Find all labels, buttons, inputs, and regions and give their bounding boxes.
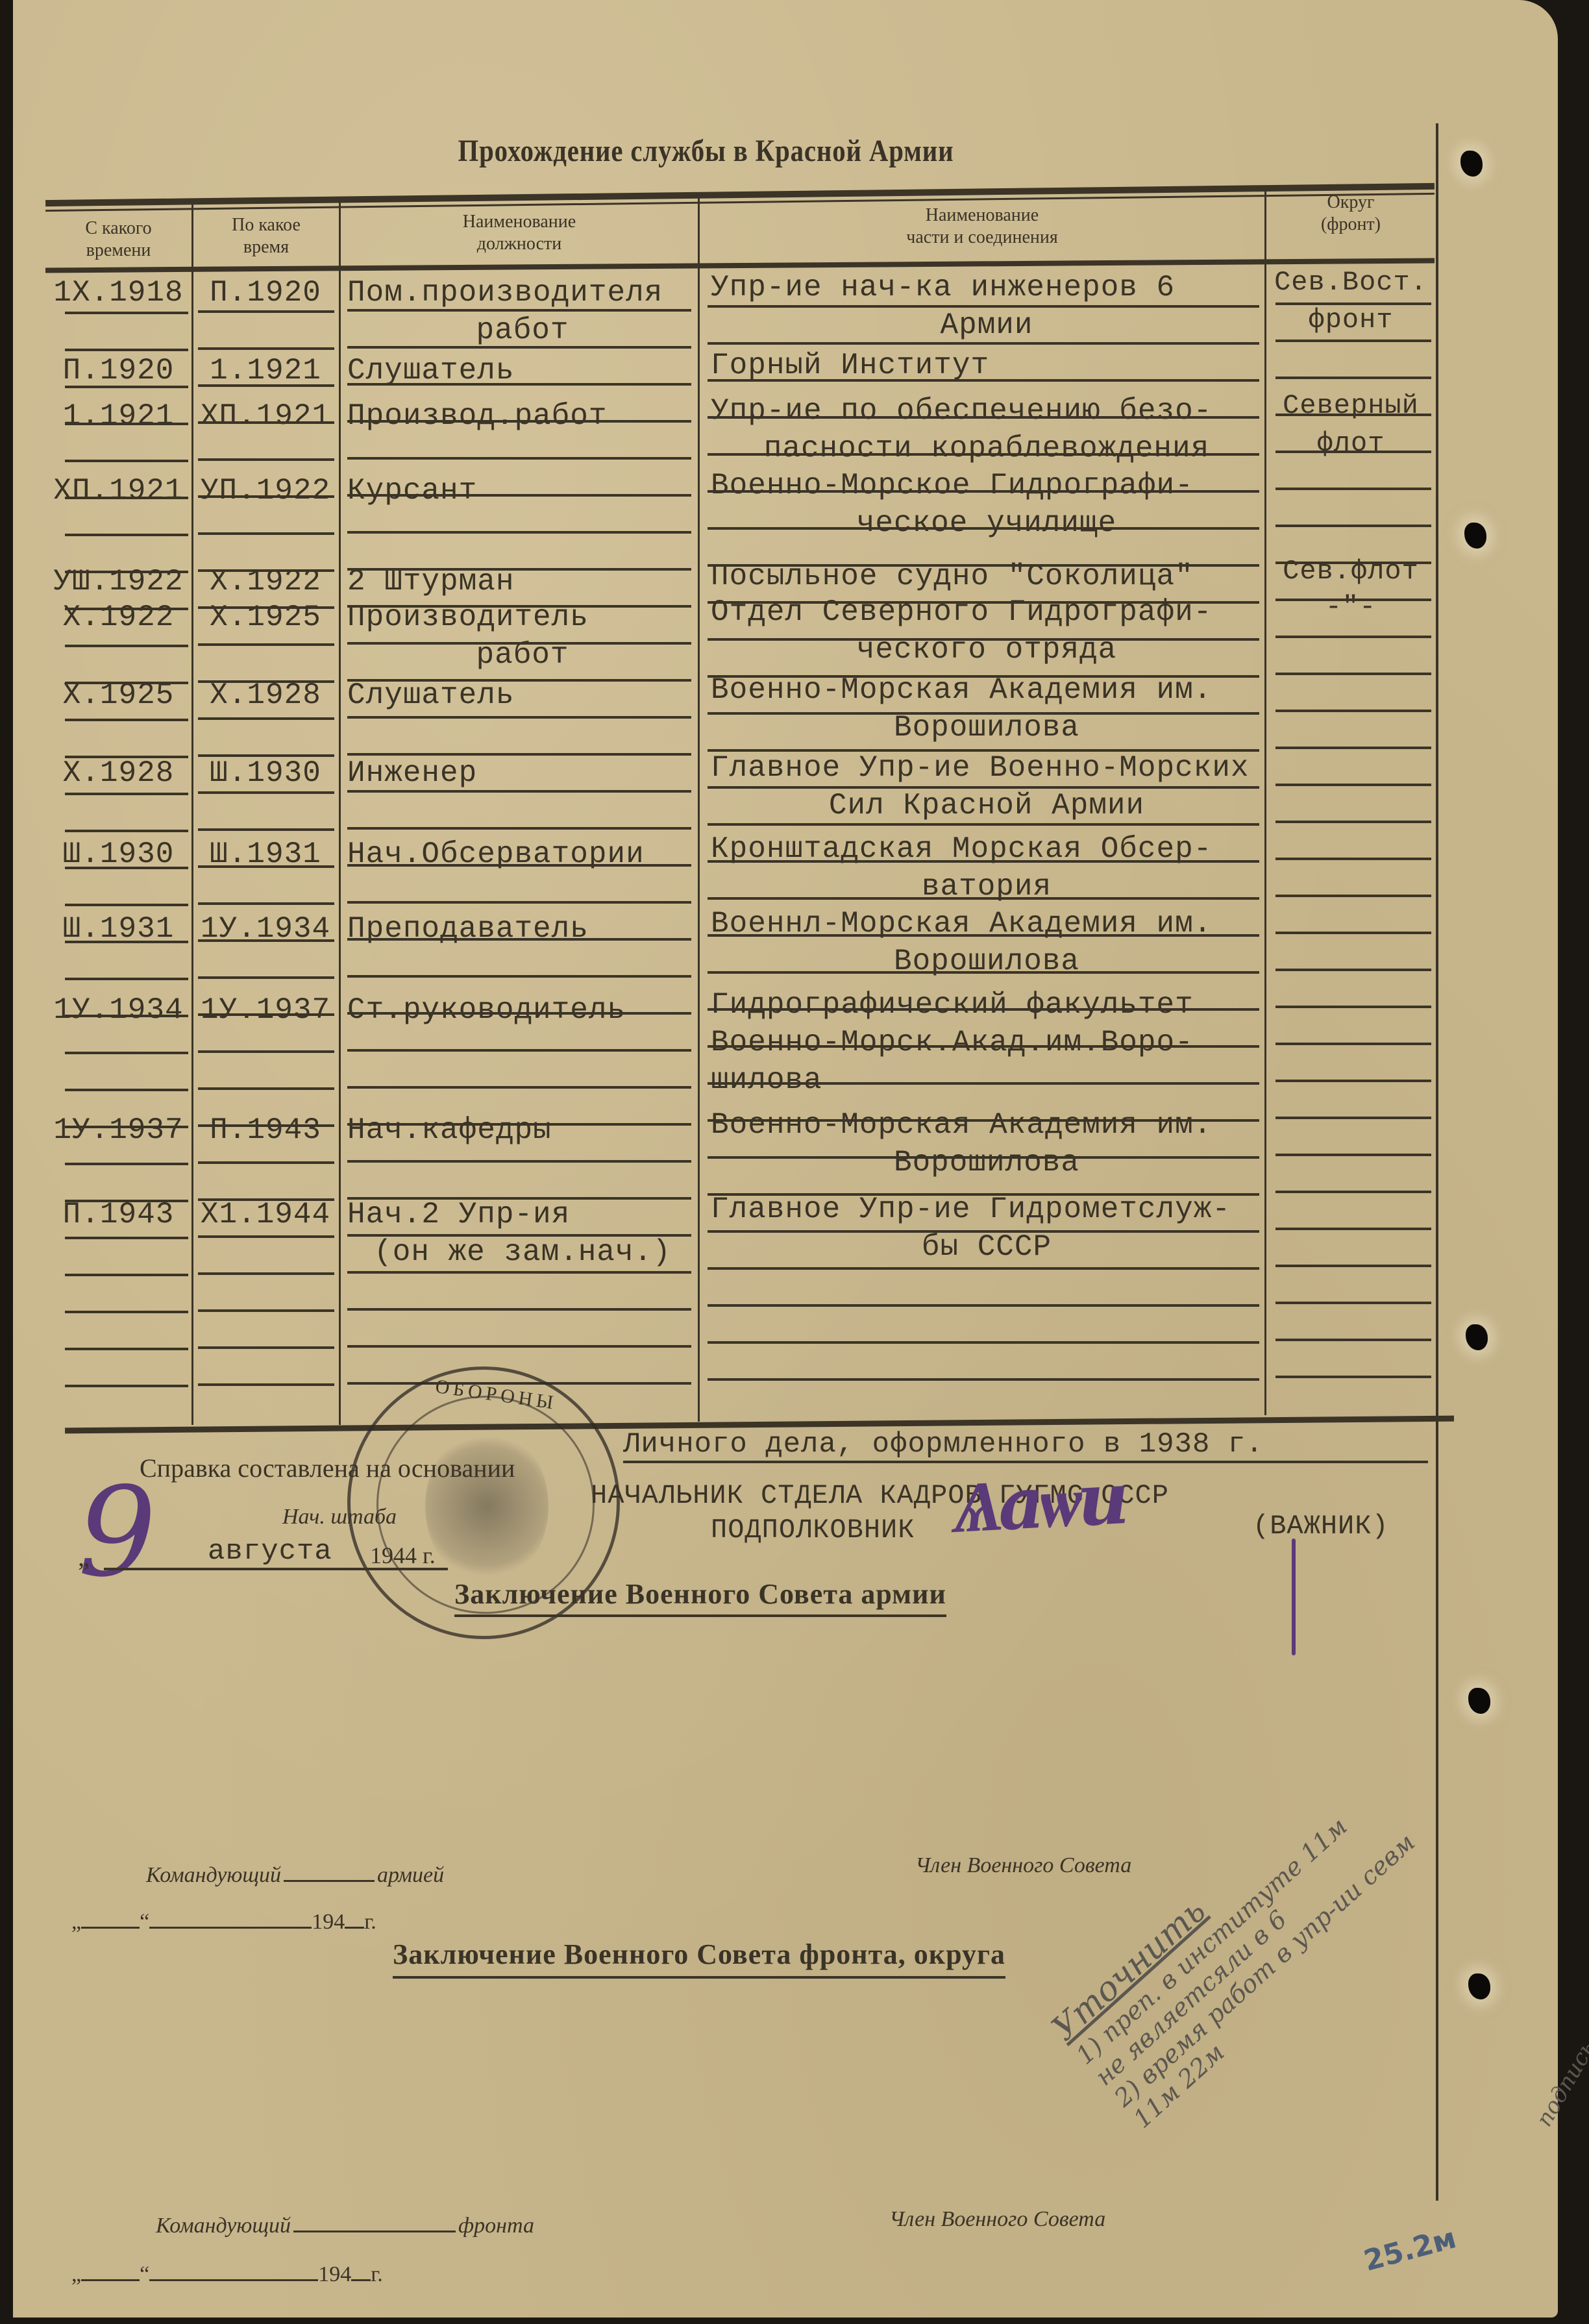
- army-date-template: „“194г.: [71, 1910, 376, 1935]
- ruled-line: [1275, 969, 1431, 971]
- column-header-position: Наименованиедолжности: [341, 211, 698, 255]
- cell-position: Нач.кафедры: [347, 1113, 698, 1147]
- ruled-line: [708, 564, 1259, 567]
- cell-position: Слушатель: [347, 678, 698, 712]
- ruled-line: [347, 1160, 691, 1163]
- cell-position: Инженер: [347, 756, 698, 790]
- front-date-template: „“194г.: [71, 2262, 383, 2287]
- cell-position: Курсант: [347, 474, 698, 508]
- signature-stroke: [1292, 1539, 1296, 1655]
- ruled-line: [198, 495, 334, 498]
- ruled-line: [347, 716, 691, 719]
- ruled-line: [347, 1308, 691, 1311]
- ruled-line: [347, 605, 691, 608]
- ruled-line: [1275, 488, 1431, 490]
- ruled-line: [1275, 1154, 1431, 1156]
- ruled-line: [708, 1082, 1259, 1085]
- column-header-district: Округ(фронт): [1266, 192, 1435, 236]
- ruled-line: [347, 901, 691, 904]
- ruled-line: [708, 1341, 1259, 1344]
- ruled-line: [1275, 636, 1431, 638]
- ruled-line: [708, 823, 1259, 826]
- ruled-line: [708, 305, 1259, 308]
- cell-unit-cont: пасности кораблевождения: [711, 432, 1263, 465]
- ruled-line: [65, 793, 188, 795]
- ruled-line: [65, 1089, 188, 1091]
- ruled-line: [708, 934, 1259, 937]
- ruled-line: [708, 453, 1259, 456]
- ruled-line: [347, 494, 691, 497]
- date-quote: „: [78, 1542, 90, 1572]
- signer-rank: ПОДПОЛКОВНИК: [711, 1514, 915, 1546]
- cell-position: Ст.руководитель: [347, 993, 698, 1027]
- ruled-line: [198, 532, 334, 535]
- ruled-line: [347, 753, 691, 756]
- ruled-line: [708, 342, 1259, 345]
- ruled-line: [198, 865, 334, 868]
- page-title: Прохождение службы в Красной Армии: [402, 133, 1009, 169]
- ruled-line: [65, 608, 188, 610]
- cell-from: XП.1921: [45, 474, 191, 508]
- ruled-line: [198, 1198, 334, 1201]
- ruled-line: [708, 1045, 1259, 1048]
- army-council-member-label: Член Военного Совета: [915, 1853, 1131, 1878]
- cell-position-cont: (он же зам.нач.): [347, 1235, 698, 1269]
- ruled-line: [1275, 821, 1431, 823]
- column-header-unit: Наименованиечасти и соединения: [700, 204, 1264, 249]
- ruled-line: [347, 1197, 691, 1200]
- ruled-line: [1275, 1191, 1431, 1193]
- ruled-line: [198, 1013, 334, 1016]
- cell-to: 1.1921: [192, 354, 339, 388]
- ruled-line: [1275, 858, 1431, 860]
- ruled-line: [65, 1274, 188, 1276]
- ruled-line: [198, 421, 334, 424]
- date-year: 1944 г.: [370, 1542, 436, 1569]
- cell-to: П.1920: [192, 276, 339, 310]
- ruled-line: [347, 1086, 691, 1089]
- ruled-line: [1275, 895, 1431, 897]
- ruled-line: [198, 1383, 334, 1386]
- ruled-line: [347, 864, 691, 867]
- ruled-line: [708, 786, 1259, 789]
- cell-to: XП.1921: [192, 399, 339, 433]
- ruled-line: [347, 975, 691, 978]
- ruled-line: [347, 1234, 691, 1237]
- cell-position: Производ.работ: [347, 399, 698, 433]
- cell-district-cont: фронт: [1266, 304, 1436, 336]
- cell-unit-cont: Ворошилова: [711, 1146, 1263, 1180]
- ruled-line: [65, 1052, 188, 1054]
- ruled-line: [65, 386, 188, 388]
- ruled-line: [1275, 673, 1431, 675]
- cell-unit: Гидрографический факультет: [711, 988, 1194, 1022]
- cell-position: Преподаватель: [347, 912, 698, 946]
- ruled-line: [65, 978, 188, 980]
- ruled-line: [65, 1311, 188, 1313]
- cell-unit-cont: Военно-Морск.Акад.им.Воро-: [711, 1026, 1263, 1059]
- ruled-line: [198, 939, 334, 942]
- ruled-line: [65, 941, 188, 943]
- column-divider: [698, 195, 700, 1422]
- ruled-line: [198, 1087, 334, 1090]
- column-divider: [191, 204, 193, 1425]
- ruled-line: [65, 349, 188, 351]
- ruled-line: [65, 497, 188, 499]
- column-header-to: По какоевремя: [193, 214, 339, 258]
- ruled-line: [65, 682, 188, 684]
- cell-unit: Военно-Морское Гидрографи-: [711, 469, 1194, 502]
- ruled-line: [65, 1126, 188, 1128]
- cell-unit-cont: шилова: [711, 1063, 822, 1097]
- column-divider: [339, 201, 341, 1425]
- cell-district-cont: флот: [1266, 428, 1436, 459]
- ruled-line: [198, 1235, 334, 1238]
- cell-from: 1X.1918: [45, 276, 191, 310]
- ruled-line: [1275, 451, 1431, 453]
- cell-position-cont: работ: [347, 314, 698, 347]
- ruled-line: [65, 571, 188, 573]
- ruled-line: [347, 309, 691, 312]
- ruled-line: [347, 420, 691, 423]
- ruled-line: [347, 568, 691, 571]
- cell-unit: Главное Упр-ие Гидрометслуж-: [711, 1193, 1231, 1226]
- ruled-line: [708, 1378, 1259, 1381]
- cell-position: Нач.2 Упр-ия: [347, 1198, 698, 1231]
- army-council-heading: Заключение Военного Совета армии: [454, 1577, 946, 1617]
- ruled-line: [708, 527, 1259, 530]
- column-divider: [1264, 188, 1266, 1415]
- cell-unit: Военно-Морская Академия им.: [711, 1108, 1212, 1142]
- ruled-line: [708, 1119, 1259, 1122]
- ruled-line: [1275, 303, 1431, 305]
- ruled-line: [65, 830, 188, 832]
- front-council-member-label: Член Военного Совета: [889, 2207, 1105, 2232]
- ruled-line: [198, 1346, 334, 1349]
- cell-unit: Главное Упр-ие Военно-Морских: [711, 751, 1250, 785]
- cell-unit-cont: ческое училище: [711, 506, 1263, 540]
- signer-name: (ВАЖНИК): [1253, 1511, 1389, 1542]
- cell-from: 1.1921: [45, 399, 191, 433]
- cell-unit-cont: Ворошилова: [711, 711, 1263, 745]
- ruled-line: [1275, 1339, 1431, 1341]
- ruled-line: [65, 719, 188, 721]
- ruled-line: [65, 645, 188, 647]
- ruled-line: [65, 1163, 188, 1165]
- ruled-line: [198, 976, 334, 979]
- ruled-line: [1275, 562, 1431, 564]
- ruled-line: [198, 902, 334, 905]
- cell-district: Северный: [1266, 390, 1436, 421]
- ruled-line: [347, 1345, 691, 1348]
- ruled-line: [65, 904, 188, 906]
- ruled-line: [708, 1156, 1259, 1159]
- ruled-line: [708, 712, 1259, 715]
- basis-label: Справка составлена на основании: [140, 1453, 515, 1483]
- ruled-line: [347, 679, 691, 682]
- ruled-line: [1275, 525, 1431, 527]
- ruled-line: [65, 1200, 188, 1202]
- ruled-line: [65, 1385, 188, 1387]
- ruled-line: [198, 1309, 334, 1312]
- ruled-line: [1275, 1228, 1431, 1230]
- ruled-line: [1275, 414, 1431, 416]
- ruled-line: [1275, 1117, 1431, 1119]
- ruled-line: [65, 1015, 188, 1017]
- ruled-line: [708, 1304, 1259, 1307]
- ruled-line: [1275, 1006, 1431, 1008]
- ruled-line: [347, 790, 691, 793]
- cell-unit-cont: Армии: [711, 308, 1263, 342]
- cell-unit: Военно-Морская Академия им.: [711, 673, 1212, 707]
- cell-district: Сев.Вост.: [1266, 267, 1436, 298]
- ruled-line: [347, 642, 691, 645]
- cell-to: X1.1944: [192, 1198, 339, 1231]
- signature: Ѧаѡи: [952, 1456, 1127, 1550]
- ruled-line: [1275, 377, 1431, 379]
- basis-value: Личного дела, оформленного в 1938 г.: [623, 1428, 1428, 1463]
- front-council-heading: Заключение Военного Совета фронта, округ…: [393, 1938, 1005, 1979]
- cell-to: Ш.1930: [192, 756, 339, 790]
- ruled-line: [198, 606, 334, 609]
- ruled-line: [347, 1271, 691, 1274]
- cell-unit: Упр-ие нач-ка инженеров 6: [711, 271, 1175, 304]
- cell-unit: Отдел Северного Гидрографи-: [711, 595, 1212, 629]
- chief-of-staff-label: Нач. штаба: [282, 1505, 397, 1529]
- cell-position: Пом.производителя: [347, 276, 698, 310]
- cell-to: X.1928: [192, 678, 339, 712]
- ruled-line: [198, 384, 334, 387]
- ruled-line: [347, 531, 691, 534]
- ruled-line: [65, 1237, 188, 1239]
- ruled-line: [65, 460, 188, 462]
- ruled-line: [708, 1193, 1259, 1196]
- ruled-line: [708, 1008, 1259, 1011]
- ruled-line: [1275, 599, 1431, 601]
- ruled-line: [1275, 932, 1431, 934]
- ruled-line: [65, 423, 188, 425]
- cell-unit-cont: бы СССР: [711, 1230, 1263, 1264]
- cell-to: X.1925: [192, 600, 339, 634]
- ruled-line: [708, 601, 1259, 604]
- cell-unit: Упр-ие по обеспечению безо-: [711, 394, 1212, 428]
- ruled-line: [1275, 784, 1431, 786]
- ruled-line: [1275, 1043, 1431, 1045]
- cell-from: X.1922: [45, 600, 191, 634]
- ruled-line: [347, 1123, 691, 1126]
- ruled-line: [1275, 747, 1431, 749]
- ruled-line: [198, 347, 334, 350]
- ruled-line: [1275, 1265, 1431, 1267]
- cell-unit: Горный Институт: [711, 349, 989, 382]
- cell-from: X.1928: [45, 756, 191, 790]
- ruled-line: [198, 680, 334, 683]
- ruled-line: [198, 569, 334, 572]
- ruled-line: [347, 938, 691, 941]
- ruled-line: [198, 717, 334, 720]
- cell-from: П.1943: [45, 1198, 191, 1231]
- handwritten-day: 9: [78, 1461, 156, 1604]
- ruled-line: [1275, 1376, 1431, 1378]
- ruled-line: [347, 827, 691, 830]
- cell-from: 1У.1937: [45, 1113, 191, 1147]
- ruled-line: [65, 534, 188, 536]
- ruled-line: [347, 457, 691, 460]
- column-header-from: С какоговремени: [45, 217, 191, 262]
- cell-to: УП.1922: [192, 474, 339, 508]
- ruled-line: [65, 867, 188, 869]
- ruled-line: [1275, 340, 1431, 342]
- ruled-line: [1275, 1302, 1431, 1304]
- cell-to: П.1943: [192, 1113, 339, 1147]
- ruled-line: [198, 310, 334, 313]
- ruled-line: [198, 1161, 334, 1164]
- cell-from: УШ.1922: [45, 565, 191, 599]
- ruled-line: [198, 791, 334, 794]
- ruled-line: [1275, 1080, 1431, 1082]
- ruled-line: [708, 379, 1259, 382]
- ruled-line: [198, 1272, 334, 1275]
- ruled-line: [198, 643, 334, 646]
- cell-from: П.1920: [45, 354, 191, 388]
- ruled-line: [347, 1012, 691, 1015]
- cell-district: Сев.флот: [1266, 556, 1436, 587]
- ruled-line: [708, 675, 1259, 678]
- cell-to: 1У.1937: [192, 993, 339, 1027]
- ruled-line: [347, 346, 691, 349]
- ruled-line: [708, 490, 1259, 493]
- ruled-line: [65, 1348, 188, 1350]
- ruled-line: [708, 749, 1259, 752]
- ruled-line: [65, 312, 188, 314]
- ruled-line: [198, 458, 334, 461]
- ruled-line: [708, 897, 1259, 900]
- cell-unit-cont: Сил Красной Армии: [711, 789, 1263, 822]
- ruled-line: [65, 756, 188, 758]
- ruled-line: [708, 971, 1259, 974]
- front-commander-label: Командующийфронта: [156, 2214, 534, 2238]
- ruled-line: [347, 1049, 691, 1052]
- ruled-line: [198, 1124, 334, 1127]
- ruled-line: [708, 416, 1259, 419]
- ruled-line: [1275, 710, 1431, 712]
- ruled-line: [708, 860, 1259, 863]
- cell-from: 1У.1934: [45, 993, 191, 1027]
- ruled-line: [708, 1267, 1259, 1270]
- ruled-line: [347, 383, 691, 386]
- ruled-line: [708, 638, 1259, 641]
- ruled-line: [708, 1230, 1259, 1233]
- ruled-line: [198, 828, 334, 831]
- army-commander-label: Командующийармией: [146, 1863, 444, 1888]
- ruled-line: [198, 754, 334, 757]
- ruled-line: [198, 1050, 334, 1053]
- cell-district: -"-: [1266, 591, 1436, 623]
